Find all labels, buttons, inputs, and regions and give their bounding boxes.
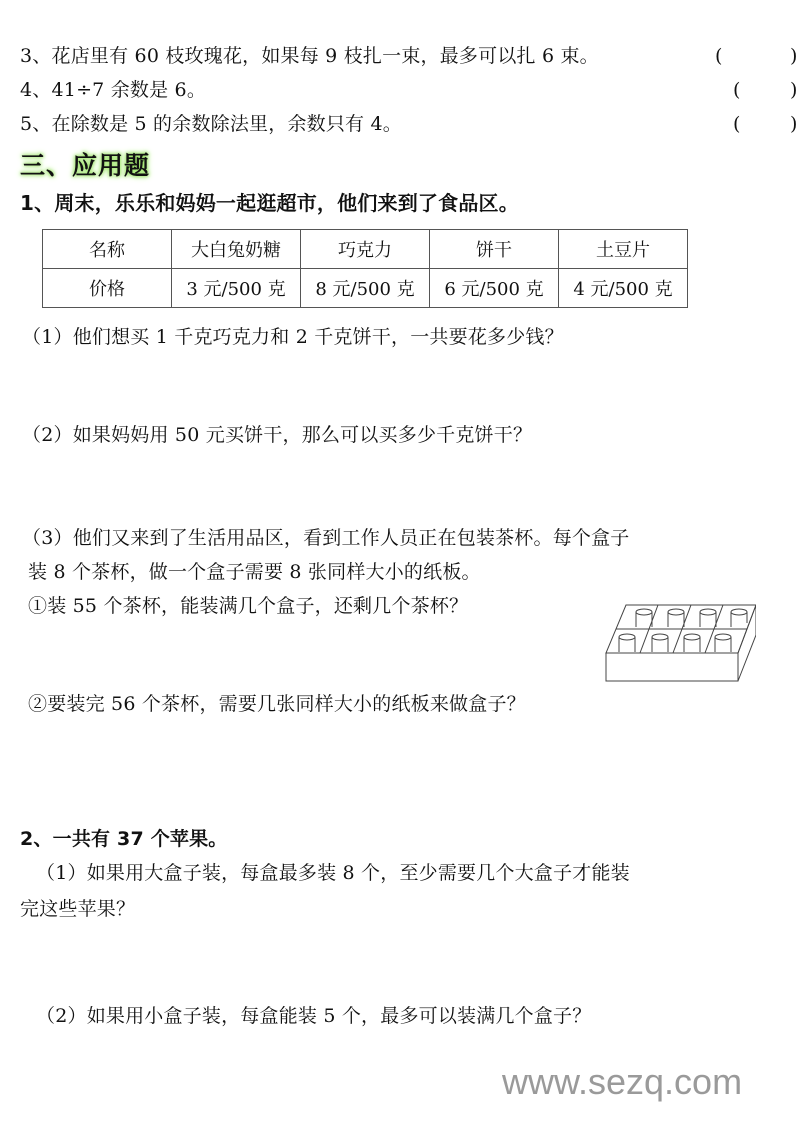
table-cell: 3 元/500 克 [172, 269, 301, 308]
table-cell: 大白兔奶糖 [172, 230, 301, 269]
statement-text: 4、41÷7 余数是 6。 [20, 79, 206, 101]
table-cell: 巧克力 [301, 230, 430, 269]
problem1-question-3-sub1: ①装 55 个茶杯，能装满几个盒子，还剩几个茶杯？ [28, 594, 468, 618]
price-table: 名称 大白兔奶糖 巧克力 饼干 土豆片 价格 3 元/500 克 8 元/500… [42, 229, 688, 308]
cup-box-illustration [604, 603, 756, 683]
true-false-item-4: 4、41÷7 余数是 6。 ( ) [20, 78, 780, 102]
table-cell: 土豆片 [559, 230, 688, 269]
problem2-question-1-line1: （1）如果用大盒子装，每盒最多装 8 个，至少需要几个大盒子才能装 [36, 861, 630, 885]
table-cell: 饼干 [430, 230, 559, 269]
watermark: www.sezq.com [502, 1061, 742, 1103]
table-cell: 6 元/500 克 [430, 269, 559, 308]
table-header-row: 名称 大白兔奶糖 巧克力 饼干 土豆片 [43, 230, 688, 269]
problem2-heading: 2、一共有 37 个苹果。 [20, 827, 228, 851]
table-cell: 4 元/500 克 [559, 269, 688, 308]
problem1-question-3-line2: 装 8 个茶杯，做一个盒子需要 8 张同样大小的纸板。 [28, 560, 481, 584]
true-false-item-3: 3、花店里有 60 枝玫瑰花，如果每 9 枝扎一束，最多可以扎 6 束。 ( ) [20, 44, 780, 68]
problem1-heading: 1、周末，乐乐和妈妈一起逛超市，他们来到了食品区。 [20, 191, 519, 215]
problem1-question-3-line1: （3）他们又来到了生活用品区，看到工作人员正在包装茶杯。每个盒子 [22, 526, 630, 550]
statement-text: 3、花店里有 60 枝玫瑰花，如果每 9 枝扎一束，最多可以扎 6 束。 [20, 45, 599, 67]
problem2-question-1-line2: 完这些苹果？ [20, 897, 135, 921]
table-cell: 价格 [43, 269, 172, 308]
table-row: 价格 3 元/500 克 8 元/500 克 6 元/500 克 4 元/500… [43, 269, 688, 308]
table-cell: 8 元/500 克 [301, 269, 430, 308]
statement-text: 5、在除数是 5 的余数除法里，余数只有 4。 [20, 113, 402, 135]
problem1-question-3-sub2: ②要装完 56 个茶杯，需要几张同样大小的纸板来做盒子？ [28, 692, 526, 716]
section-title: 三、应用题 [20, 150, 150, 182]
true-false-item-5: 5、在除数是 5 的余数除法里，余数只有 4。 ( ) [20, 112, 780, 136]
problem1-question-1: （1）他们想买 1 千克巧克力和 2 千克饼干，一共要花多少钱？ [22, 325, 564, 349]
problem2-question-2: （2）如果用小盒子装，每盒能装 5 个，最多可以装满几个盒子？ [36, 1004, 591, 1028]
table-cell: 名称 [43, 230, 172, 269]
problem1-question-2: （2）如果妈妈用 50 元买饼干，那么可以买多少千克饼干？ [22, 423, 532, 447]
